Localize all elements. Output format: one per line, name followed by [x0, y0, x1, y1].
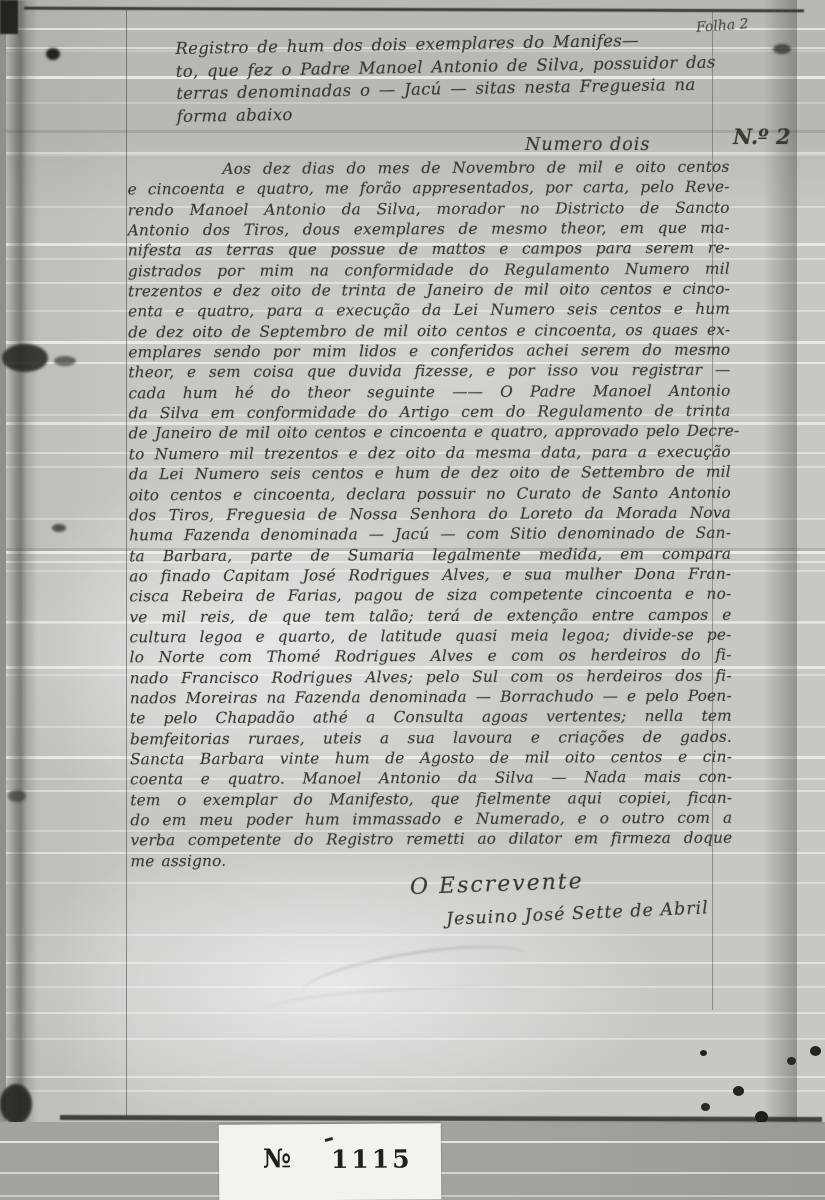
text-line: ta Barbara, parte de Sumaria legalmente …	[129, 543, 731, 566]
numero-sign: №	[263, 1144, 291, 1174]
text-line: huma Fazenda denominada — Jacú — com Sit…	[129, 523, 731, 546]
ink-smudge	[52, 524, 66, 532]
text-line: cisca Rebeira de Farias, pagou de siza c…	[129, 584, 731, 607]
text-line: da Silva em conformidade do Artigo cem d…	[129, 401, 731, 424]
body-text: Aos dez dias do mes de Novembro de mil e…	[127, 157, 732, 872]
text-line: nifesta as terras que possue de mattos e…	[128, 238, 730, 261]
ink-smudge	[8, 790, 26, 802]
scanned-document: Folha 2 Registro de hum dos dois exempla…	[0, 0, 825, 1200]
scan-streak	[0, 1076, 825, 1078]
text-line: tem o exemplar do Manifesto, que fielmen…	[130, 787, 732, 810]
book-edge-band	[797, 0, 825, 1200]
text-line: lo Norte com Thomé Rodrigues Alves e com…	[130, 645, 732, 668]
text-line: enta e quatro, para a execução da Lei Nu…	[128, 299, 730, 322]
ink-smudge	[773, 44, 791, 54]
text-line: Aos dez dias do mes de Novembro de mil e…	[127, 157, 729, 180]
number-slip: № 1115	[219, 1123, 442, 1200]
text-line: rendo Manoel Antonio da Silva, morador n…	[128, 197, 730, 220]
page-edge-shadow	[763, 0, 797, 1200]
text-line: e cincoenta e quatro, me forão appresent…	[128, 177, 730, 200]
entry-title: Numero dois	[525, 135, 650, 155]
text-line: me assigno.	[130, 848, 732, 871]
text-line: cada hum hé do theor seguinte —— O Padre…	[128, 380, 730, 403]
text-line: oito centos e cincoenta, declara possuir…	[129, 482, 731, 505]
text-line: bemfeitorias ruraes, uteis a sua lavoura…	[130, 726, 732, 749]
stamp-tick-mark	[325, 1137, 334, 1142]
text-line: coenta e quatro. Manoel Antonio da Silva…	[130, 767, 732, 790]
text-line: Antonio dos Tiros, dous exemplares de me…	[128, 218, 730, 241]
text-line: emplares sendo por mim lidos e conferido…	[128, 340, 730, 363]
text-line: te pelo Chapadão athé a Consulta agoas v…	[130, 706, 732, 729]
ink-smudge	[0, 1084, 32, 1124]
text-line: de dez oito de Septembro de mil oito cen…	[128, 319, 730, 342]
scan-streak	[0, 130, 825, 133]
text-line: gistrados por mim na conformidade do Reg…	[128, 258, 730, 281]
ink-speckles	[700, 1050, 707, 1056]
text-line: trezentos e dez oito de trinta de Janeir…	[128, 279, 730, 302]
fold-shadow	[6, 0, 38, 1200]
header-text: Registro de hum dos dois exemplares do M…	[175, 28, 744, 128]
text-line: de Janeiro de mil oito centos e cincoent…	[129, 421, 731, 444]
scan-streak	[0, 152, 825, 154]
margin-entry-number: N.º 2	[733, 124, 791, 149]
text-line: cultura legoa e quarto, de latitude quas…	[129, 625, 731, 648]
text-line: ao finado Capitam José Rodrigues Alves, …	[129, 564, 731, 587]
text-line: Sancta Barbara vinte hum de Agosto de mi…	[130, 747, 732, 770]
text-line: ve mil reis, de que tem talão; terá de e…	[129, 604, 731, 627]
text-line: nados Moreiras na Fazenda denominada — B…	[130, 686, 732, 709]
stamp-number: 1115	[331, 1144, 413, 1174]
ink-smudge	[54, 356, 76, 366]
text-line: da Lei Numero seis centos e hum de dez o…	[129, 462, 731, 485]
text-line: do em meu poder hum immassado e Numerado…	[130, 808, 732, 831]
text-line: nado Francisco Rodrigues Alves; pelo Sul…	[130, 665, 732, 688]
ink-smudge	[0, 0, 18, 34]
text-line: verba competente do Registro remetti ao …	[130, 828, 732, 851]
text-line: dos Tiros, Freguesia de Nossa Senhora do…	[129, 503, 731, 526]
text-line: to Numero mil trezentos e dez oito da me…	[129, 441, 731, 464]
ink-smudge	[46, 48, 60, 60]
text-line: theor, e sem coisa que duvida fizesse, e…	[128, 360, 730, 383]
ink-smudge	[2, 344, 48, 372]
stamp: № 1115	[219, 1143, 441, 1145]
